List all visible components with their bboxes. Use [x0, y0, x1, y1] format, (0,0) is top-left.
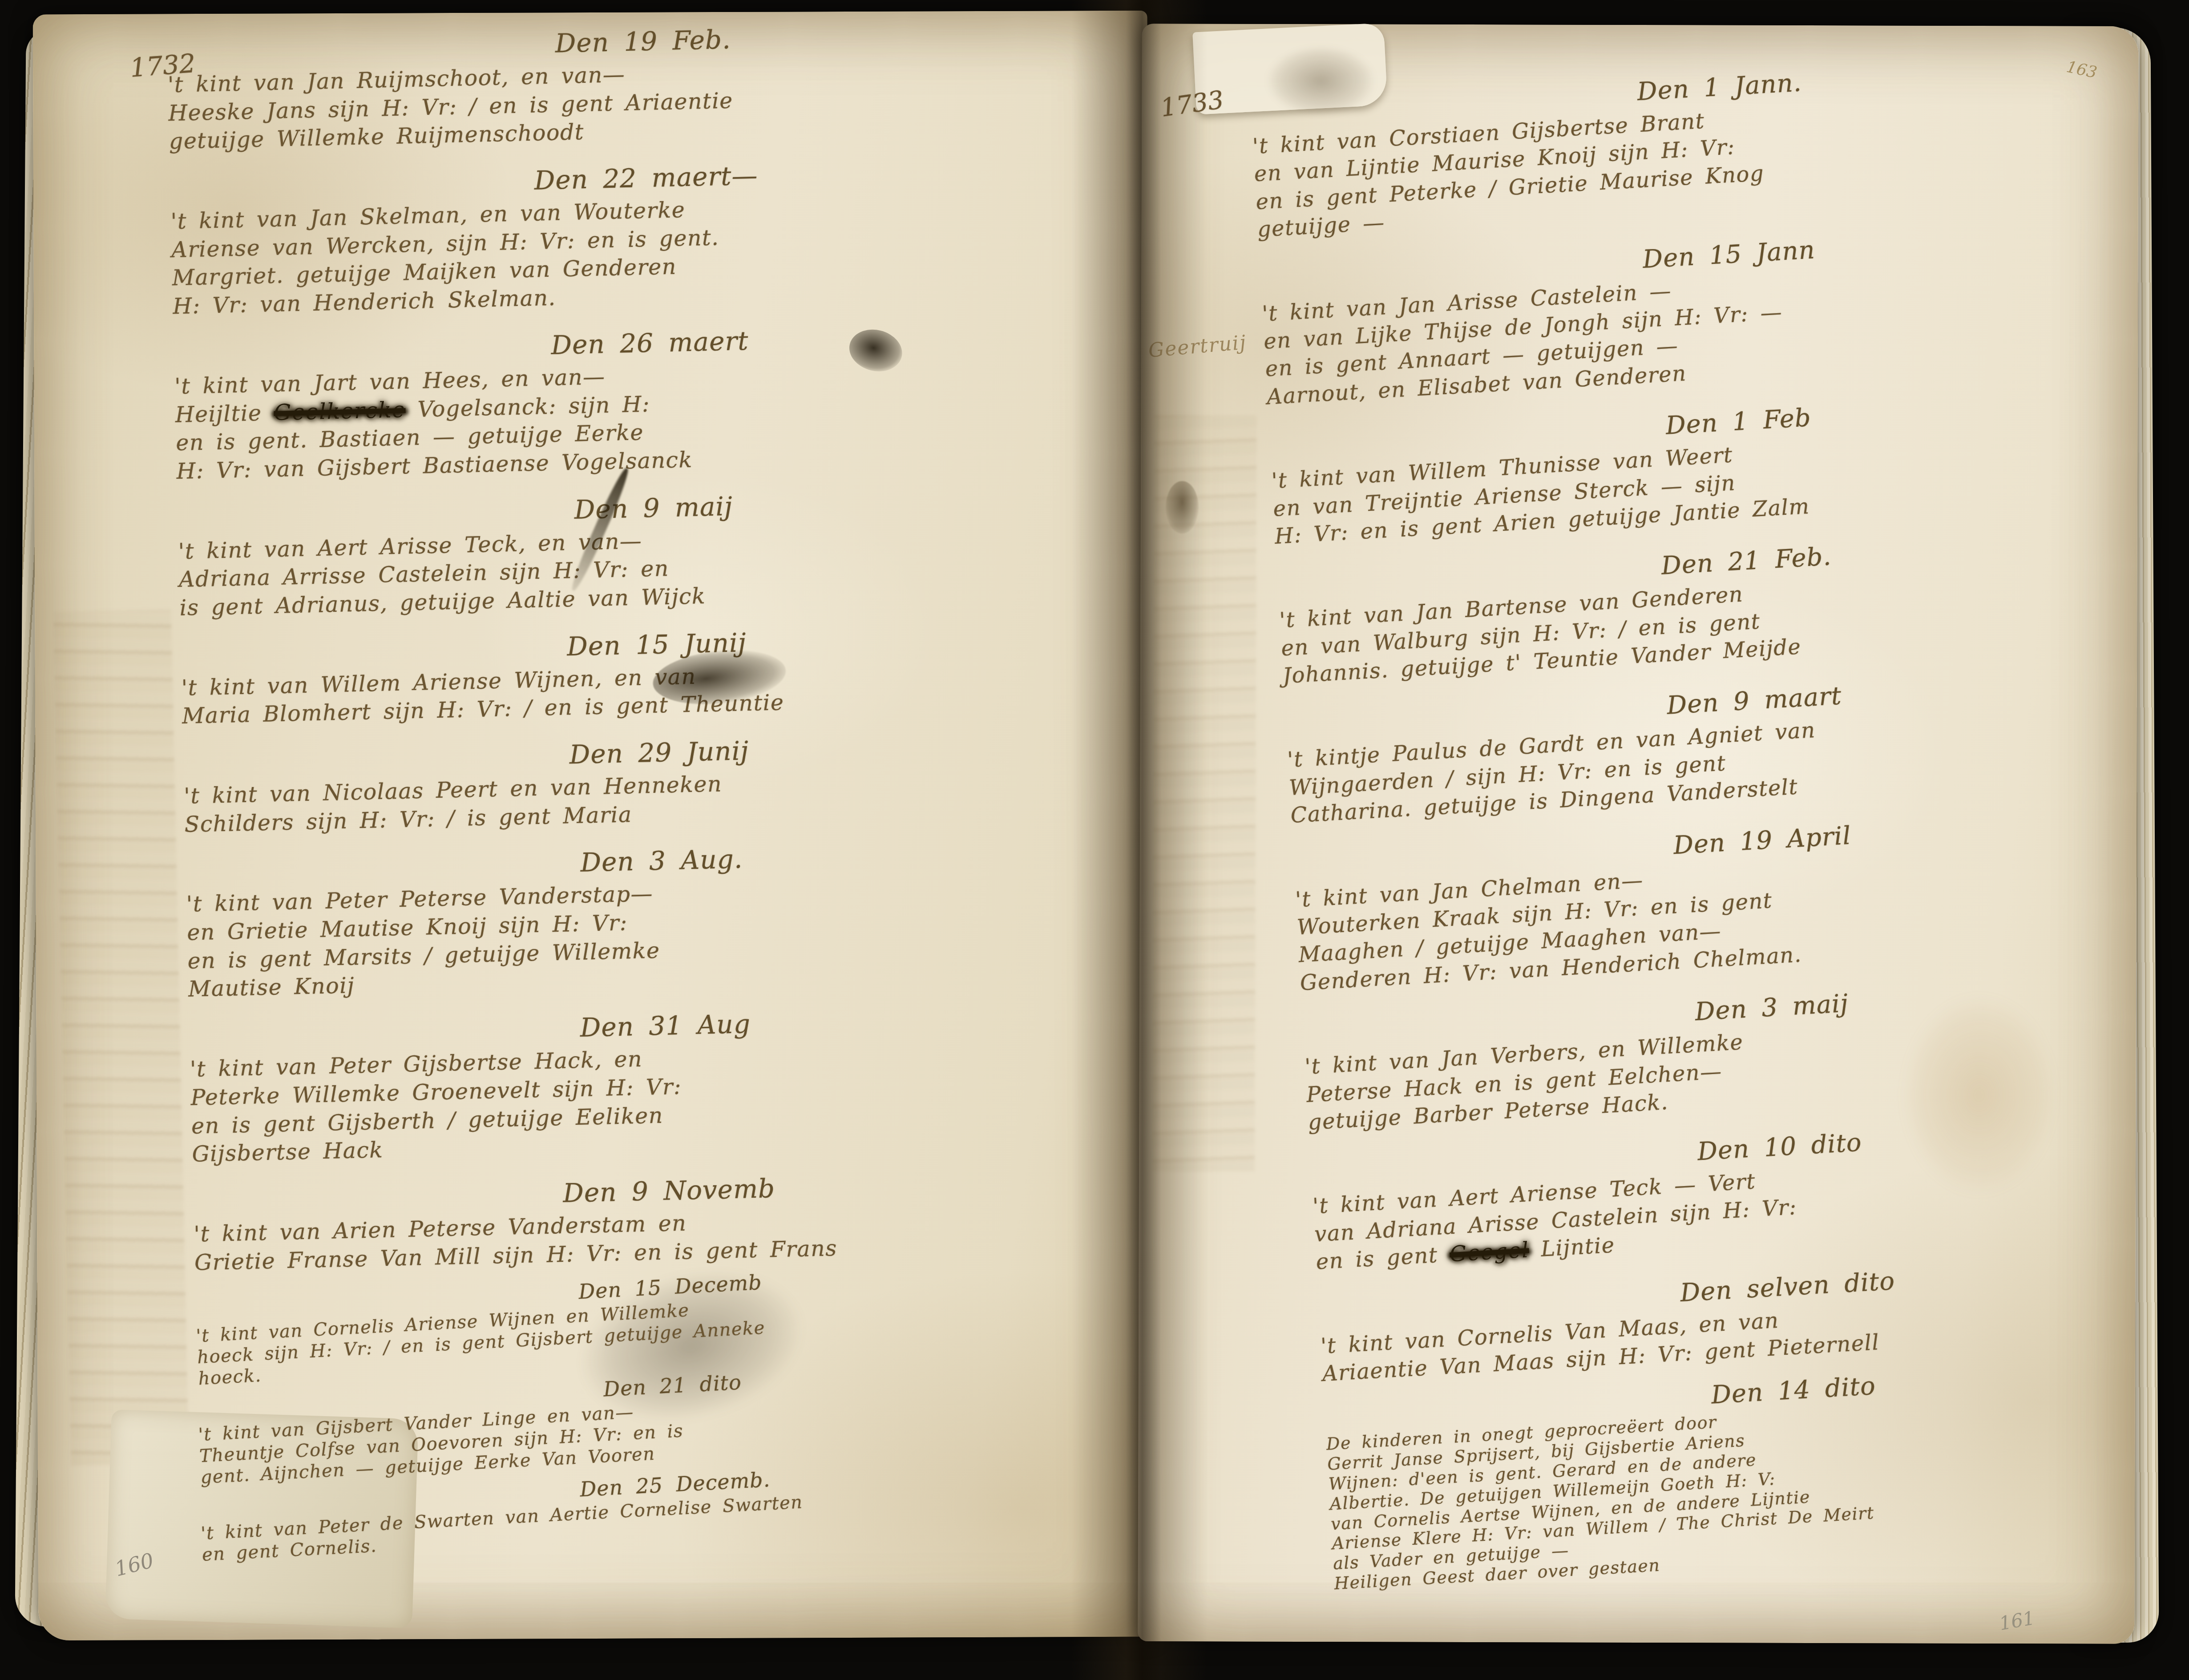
inked-out-word: Geelkercke	[274, 397, 406, 425]
baptism-entry: Den 22 maert—'t kint van Jan Skelman, en…	[170, 152, 1125, 321]
baptism-entry: Den 9 maart't kintje Paulus de Gardt en …	[1285, 660, 2189, 829]
year-label-left: 1732	[129, 48, 197, 83]
right-page: 1733 163 Geertruij Den 1 Jann.'t kint va…	[1138, 24, 2139, 1644]
baptism-entry: Den 9 maij't kint van Aert Arisse Teck, …	[177, 482, 1132, 622]
baptism-entry: Den 14 ditoDe kinderen in onegt geprocre…	[1324, 1350, 2189, 1594]
pencil-page-number-right: 161	[1998, 1607, 2036, 1635]
manuscript-photo: 1732 Den 19 Feb.'t kint van Jan Ruijmsch…	[0, 0, 2189, 1680]
baptism-entry: Den 19 April't kint van Jan Chelman en—W…	[1293, 800, 2189, 997]
baptism-entry: Den 19 Feb.'t kint van Jan Ruijmschoot, …	[167, 16, 1122, 156]
baptism-entry: Den 3 Aug.'t kint van Peter Peterse Vand…	[185, 835, 1140, 1004]
left-page: 1732 Den 19 Feb.'t kint van Jan Ruijmsch…	[33, 11, 1153, 1641]
left-page-text-column: Den 19 Feb.'t kint van Jan Ruijmschoot, …	[166, 0, 1153, 1552]
year-label-right: 1733	[1159, 85, 1226, 123]
baptism-entry: Den 31 Aug't kint van Peter Gijsbertse H…	[189, 1000, 1144, 1168]
baptism-entry: Den 1 Jann.'t kint van Corstiaen Gijsber…	[1250, 46, 2189, 244]
baptism-entry: Den 29 Junij't kint van Nicolaas Peert e…	[183, 727, 1137, 839]
baptism-entry: Den 10 dito't kint van Aert Ariense Teck…	[1310, 1107, 2189, 1276]
baptism-entry: Den 26 maert't kint van Jart van Hees, e…	[174, 317, 1129, 485]
pencil-page-number-left: 160	[113, 1548, 156, 1581]
baptism-entry: Den 1 Feb't kint van Willem Thunisse van…	[1269, 381, 2189, 550]
inked-out-word: Geegel	[1449, 1237, 1530, 1267]
small-ink-mark-margin	[1166, 481, 1199, 533]
ink-bleedthrough	[1152, 415, 1256, 1172]
ink-bleedthrough	[53, 609, 189, 1466]
baptism-entry: Den 3 maij't kint van Jan Verbers, en Wi…	[1302, 967, 2189, 1136]
baptism-entry: Den 15 Jann't kint van Jan Arisse Castel…	[1260, 214, 2189, 411]
right-page-text-column: Den 1 Jann.'t kint van Corstiaen Gijsber…	[1248, 23, 2189, 1594]
baptism-entry: Den 15 Junij't kint van Willem Ariense W…	[180, 618, 1134, 731]
baptism-entry: Den 21 Feb.'t kint van Jan Bartense van …	[1277, 521, 2189, 690]
margin-note-geertruij: Geertruij	[1147, 331, 1248, 362]
